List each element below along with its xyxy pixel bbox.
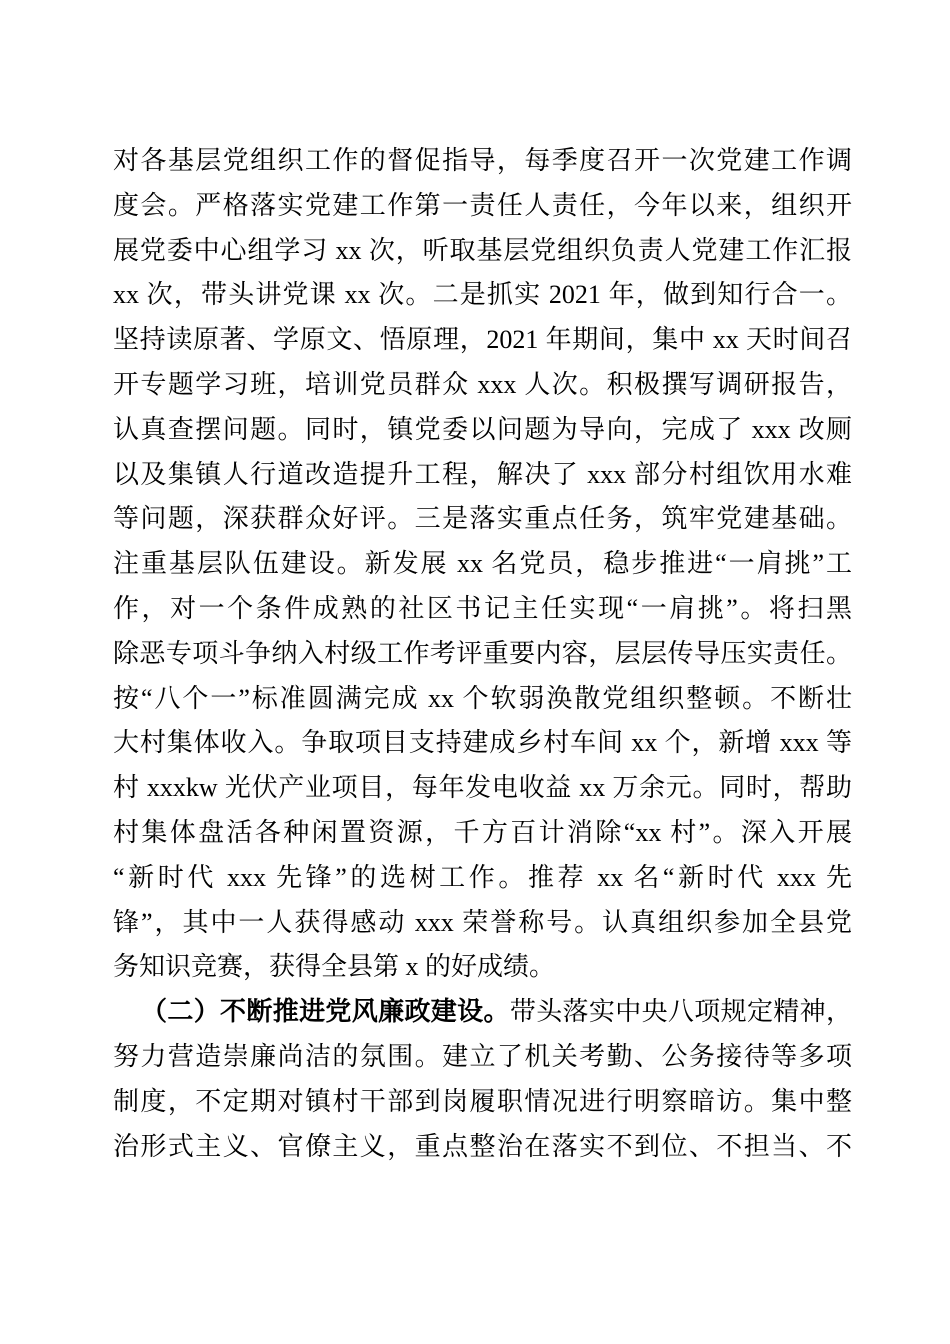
text-segment: 带头落实中央八项规定精神，: [510, 997, 852, 1026]
text-segment: 治形式主义、官僚主义，重点整治在落实不到位、不担当、不: [113, 1132, 852, 1161]
text-line: “新时代 xxx 先锋”的选树工作。推荐 xx 名“新时代 xxx 先: [113, 856, 852, 901]
text-segment: xx 次，带头讲党课 xx 次。二是抓实 2021 年，做到知行合一。: [113, 280, 852, 309]
text-segment: 对各基层党组织工作的督促指导，每季度召开一次党建工作调: [113, 146, 852, 175]
text-segment: 坚持读原著、学原文、悟原理，2021 年期间，集中 xx 天时间召: [113, 325, 852, 354]
text-line: 对各基层党组织工作的督促指导，每季度召开一次党建工作调: [113, 139, 852, 184]
paragraph-clean-governance: （二）不断推进党风廉政建设。带头落实中央八项规定精神，努力营造崇廉尚洁的氛围。建…: [113, 990, 852, 1169]
text-line: 按“八个一”标准圆满完成 xx 个软弱涣散党组织整顿。不断壮: [113, 677, 852, 722]
text-segment: 除恶专项斗争纳入村级工作考评重要内容，层层传导压实责任。: [113, 639, 852, 668]
text-line: 等问题，深获群众好评。三是落实重点任务，筑牢党建基础。: [113, 497, 852, 542]
text-segment: 村 xxxkw 光伏产业项目，每年发电收益 xx 万余元。同时，帮助: [113, 773, 852, 802]
text-line: 以及集镇人行道改造提升工程，解决了 xxx 部分村组饮用水难: [113, 453, 852, 498]
text-segment: 作，对一个条件成熟的社区书记主任实现“一肩挑”。将扫黑: [113, 594, 852, 623]
text-line: 坚持读原著、学原文、悟原理，2021 年期间，集中 xx 天时间召: [113, 318, 852, 363]
text-line: 大村集体收入。争取项目支持建成乡村车间 xx 个，新增 xxx 等: [113, 721, 852, 766]
text-segment: 注重基层队伍建设。新发展 xx 名党员，稳步推进“一肩挑”工: [113, 549, 852, 578]
text-line: 务知识竞赛，获得全县第 x 的好成绩。: [113, 945, 852, 990]
text-segment: 认真查摆问题。同时，镇党委以问题为导向，完成了 xxx 改厕: [113, 415, 852, 444]
text-segment: 按“八个一”标准圆满完成 xx 个软弱涣散党组织整顿。不断壮: [113, 684, 852, 713]
text-segment: “新时代 xxx 先锋”的选树工作。推荐 xx 名“新时代 xxx 先: [113, 863, 852, 892]
text-segment: 务知识竞赛，获得全县第 x 的好成绩。: [113, 952, 555, 981]
text-line: 认真查摆问题。同时，镇党委以问题为导向，完成了 xxx 改厕: [113, 408, 852, 453]
text-segment: 制度，不定期对镇村干部到岗履职情况进行明察暗访。集中整: [113, 1087, 852, 1116]
text-line: 努力营造崇廉尚洁的氛围。建立了机关考勤、公务接待等多项: [113, 1035, 852, 1080]
text-segment: 等问题，深获群众好评。三是落实重点任务，筑牢党建基础。: [113, 504, 852, 533]
text-line: 制度，不定期对镇村干部到岗履职情况进行明察暗访。集中整: [113, 1080, 852, 1125]
text-line: 锋”，其中一人获得感动 xxx 荣誉称号。认真组织参加全县党: [113, 901, 852, 946]
text-segment: 锋”，其中一人获得感动 xxx 荣誉称号。认真组织参加全县党: [113, 908, 852, 937]
document-text-block: 对各基层党组织工作的督促指导，每季度召开一次党建工作调度会。严格落实党建工作第一…: [113, 139, 852, 1169]
text-line: 度会。严格落实党建工作第一责任人责任，今年以来，组织开: [113, 184, 852, 229]
text-line: 展党委中心组学习 xx 次，听取基层党组织负责人党建工作汇报: [113, 229, 852, 274]
text-line: 开专题学习班，培训党员群众 xxx 人次。积极撰写调研报告，: [113, 363, 852, 408]
text-segment: 努力营造崇廉尚洁的氛围。建立了机关考勤、公务接待等多项: [113, 1042, 852, 1071]
text-line: 注重基层队伍建设。新发展 xx 名党员，稳步推进“一肩挑”工: [113, 542, 852, 587]
text-line: 作，对一个条件成熟的社区书记主任实现“一肩挑”。将扫黑: [113, 587, 852, 632]
text-segment: 度会。严格落实党建工作第一责任人责任，今年以来，组织开: [113, 191, 852, 220]
text-segment: 大村集体收入。争取项目支持建成乡村车间 xx 个，新增 xxx 等: [113, 728, 852, 757]
text-line: 村 xxxkw 光伏产业项目，每年发电收益 xx 万余元。同时，帮助: [113, 766, 852, 811]
text-line: 除恶专项斗争纳入村级工作考评重要内容，层层传导压实责任。: [113, 632, 852, 677]
bold-heading-segment: （二）不断推进党风廉政建设。: [141, 997, 510, 1026]
document-page: 对各基层党组织工作的督促指导，每季度召开一次党建工作调度会。严格落实党建工作第一…: [0, 0, 950, 1344]
text-line: xx 次，带头讲党课 xx 次。二是抓实 2021 年，做到知行合一。: [113, 273, 852, 318]
text-segment: 村集体盘活各种闲置资源，千方百计消除“xx 村”。深入开展: [113, 818, 852, 847]
text-segment: 以及集镇人行道改造提升工程，解决了 xxx 部分村组饮用水难: [113, 460, 852, 489]
text-line: （二）不断推进党风廉政建设。带头落实中央八项规定精神，: [113, 990, 852, 1035]
text-line: 村集体盘活各种闲置资源，千方百计消除“xx 村”。深入开展: [113, 811, 852, 856]
text-segment: 开专题学习班，培训党员群众 xxx 人次。积极撰写调研报告，: [113, 370, 852, 399]
text-segment: 展党委中心组学习 xx 次，听取基层党组织负责人党建工作汇报: [113, 236, 852, 265]
text-line: 治形式主义、官僚主义，重点整治在落实不到位、不担当、不: [113, 1125, 852, 1170]
paragraph-party-building: 对各基层党组织工作的督促指导，每季度召开一次党建工作调度会。严格落实党建工作第一…: [113, 139, 852, 990]
